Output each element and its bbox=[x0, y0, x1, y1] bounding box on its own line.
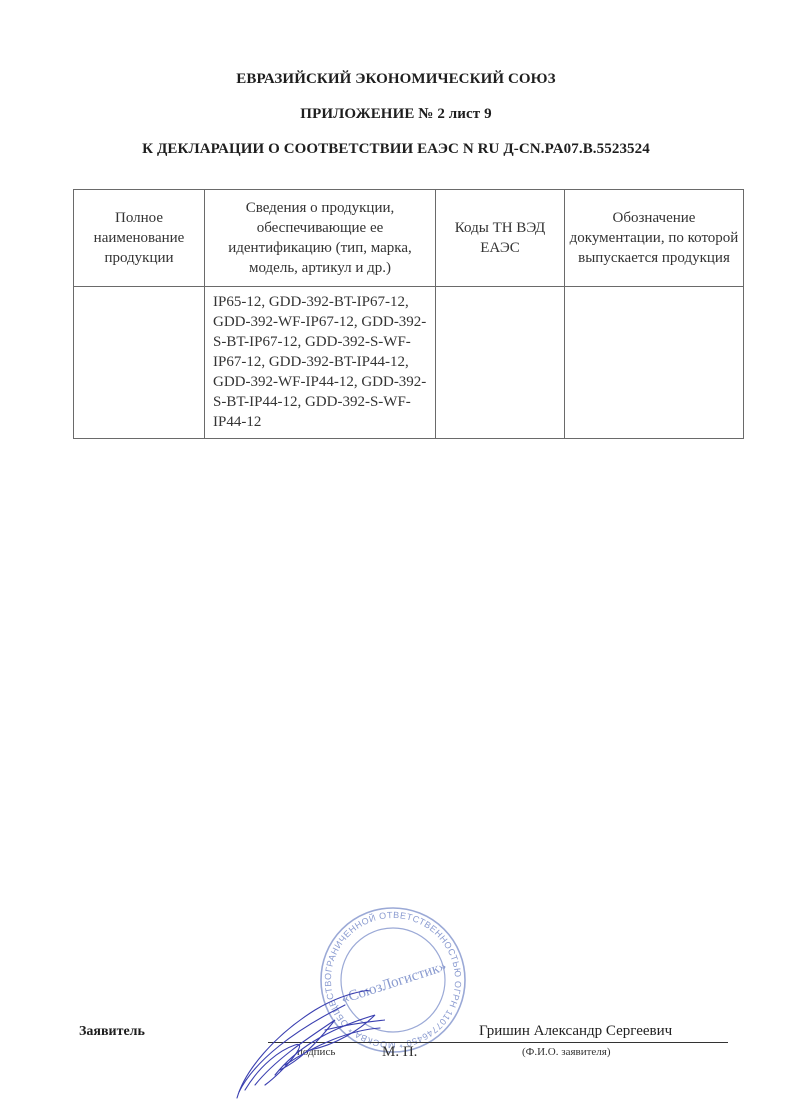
applicant-label: Заявитель bbox=[79, 1024, 145, 1040]
cell-documentation bbox=[565, 287, 744, 439]
column-header-identification: Сведения о продукции, обеспечивающие ее … bbox=[205, 190, 436, 287]
cell-full-name bbox=[74, 287, 205, 439]
appendix-title: ПРИЛОЖЕНИЕ № 2 лист 9 bbox=[0, 106, 792, 123]
name-caption: (Ф.И.О. заявителя) bbox=[522, 1046, 611, 1058]
column-header-full-name: Полное наименование продукции bbox=[74, 190, 205, 287]
name-line bbox=[384, 1042, 728, 1043]
handwritten-signature-icon bbox=[225, 990, 385, 1100]
table-header-row: Полное наименование продукции Сведения о… bbox=[74, 190, 744, 287]
cell-tnved-codes bbox=[436, 287, 565, 439]
union-title: ЕВРАЗИЙСКИЙ ЭКОНОМИЧЕСКИЙ СОЮЗ bbox=[0, 71, 792, 88]
seal-caption: М. П. bbox=[382, 1044, 417, 1061]
declaration-title: К ДЕКЛАРАЦИИ О СООТВЕТСТВИИ ЕАЭС N RU Д-… bbox=[0, 141, 792, 158]
column-header-tnved-codes: Коды ТН ВЭД ЕАЭС bbox=[436, 190, 565, 287]
column-header-documentation: Обозначение документации, по которой вып… bbox=[565, 190, 744, 287]
cell-identification: IP65-12, GDD-392-BT-IP67-12, GDD-392-WF-… bbox=[205, 287, 436, 439]
product-table: Полное наименование продукции Сведения о… bbox=[73, 189, 744, 439]
table-row: IP65-12, GDD-392-BT-IP67-12, GDD-392-WF-… bbox=[74, 287, 744, 439]
applicant-name: Гришин Александр Сергеевич bbox=[479, 1023, 672, 1040]
